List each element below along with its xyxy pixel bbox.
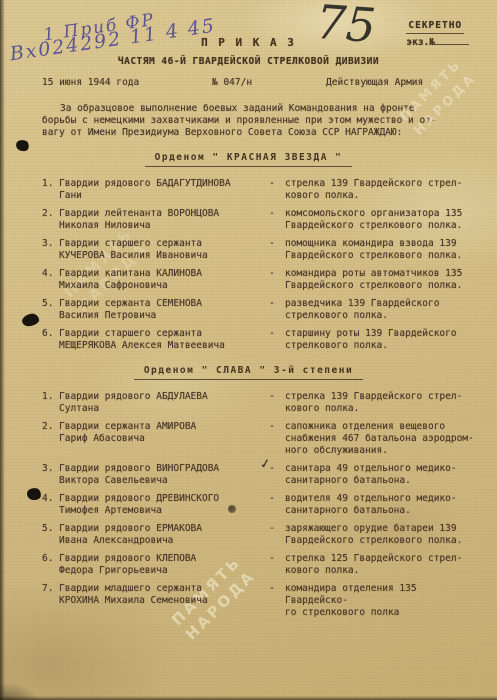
item-number: 4. bbox=[42, 268, 59, 292]
checkmark-annotation: ✓ bbox=[259, 458, 271, 471]
award-list-item: 4. Гвардии капитана КАЛИНОВА Михаила Саф… bbox=[42, 268, 483, 292]
section-heading-wrap: Орденом " КРАСНАЯ ЗВЕЗДА " bbox=[0, 152, 497, 167]
copy-number-blank bbox=[435, 36, 469, 45]
item-number: 2. bbox=[42, 208, 59, 232]
scan-edge-left bbox=[0, 0, 5, 700]
item-role: заряжающего орудие батареи 139 Гвардейск… bbox=[285, 523, 483, 547]
secrecy-block: СЕКРЕТНО экз.№ bbox=[406, 20, 469, 49]
item-name: Гвардии старшего сержанта МЕЩЕРЯКОВА Але… bbox=[59, 328, 259, 352]
order-number: № 047/н bbox=[212, 77, 322, 89]
item-number: 2. bbox=[42, 421, 59, 457]
item-number: 6. bbox=[42, 328, 59, 352]
item-number: 6. bbox=[42, 553, 59, 577]
circle-annotation bbox=[228, 505, 236, 513]
item-role: санитара 49 отдельного медико- санитарно… bbox=[285, 463, 483, 487]
scanned-order-page: ПАМЯТЬ НАРОДА ПАМЯТЬ НАРОДА ПАМЯТЬ НАРОД… bbox=[0, 0, 497, 700]
item-role: командира отделения 135 Гвардейско- го с… bbox=[285, 583, 483, 619]
item-role: разведчика 139 Гвардейского стрелкового … bbox=[285, 298, 483, 322]
item-dash: - bbox=[259, 208, 285, 232]
section-heading: Орденом " КРАСНАЯ ЗВЕЗДА " bbox=[145, 152, 353, 167]
award-list-item: 6. Гвардии рядового КЛЕПОВА Федора Григо… bbox=[42, 553, 483, 577]
item-dash: - bbox=[259, 583, 285, 619]
item-name: Гвардии рядового АБДУЛАЕВА Султана bbox=[59, 391, 259, 415]
item-number: 3. bbox=[42, 238, 59, 262]
item-dash: - bbox=[259, 553, 285, 577]
item-dash: - bbox=[259, 391, 285, 415]
item-role: старшину роты 139 Гвардейского стрелково… bbox=[285, 328, 483, 352]
order-preamble: За образцовое выполнение боевых заданий … bbox=[42, 103, 469, 139]
section-heading-wrap: Орденом " СЛАВА " 3-й степени bbox=[0, 365, 497, 380]
award-section: Орденом " СЛАВА " 3-й степени 1. Гвардии… bbox=[0, 365, 497, 619]
scan-corner-smudge bbox=[0, 682, 40, 700]
item-dash: - bbox=[259, 268, 285, 292]
item-number: 1. bbox=[42, 178, 59, 202]
award-list-item: 2. Гвардии сержанта АМИРОВА Гариф Абасов… bbox=[42, 421, 483, 457]
award-list-item: 6. Гвардии старшего сержанта МЕЩЕРЯКОВА … bbox=[42, 328, 483, 352]
item-role: сапожника отделения вещевого снабжения 4… bbox=[285, 421, 483, 457]
award-list-item: 5. Гвардии рядового ЕРМАКОВА Ивана Алекс… bbox=[42, 523, 483, 547]
item-role: стрелка 139 Гвардейского стрел- кового п… bbox=[285, 178, 483, 202]
item-number: 5. bbox=[42, 523, 59, 547]
item-number: 3. bbox=[42, 463, 59, 487]
item-dash: - bbox=[259, 493, 285, 517]
item-role: помощника командира взвода 139 Гвардейск… bbox=[285, 238, 483, 262]
order-meta-line: 15 июня 1944 года № 047/н Действующая Ар… bbox=[42, 77, 455, 89]
item-dash: - bbox=[259, 328, 285, 352]
item-role: стрелка 139 Гвардейского стрел- кового п… bbox=[285, 391, 483, 415]
item-name: Гвардии рядового КЛЕПОВА Федора Григорье… bbox=[59, 553, 259, 577]
item-role: командира роты автоматчиков 135 Гвардейс… bbox=[285, 268, 483, 292]
order-date: 15 июня 1944 года bbox=[42, 77, 212, 89]
award-list-item: 1. Гвардии рядового БАДАГУТДИНОВА Гани -… bbox=[42, 178, 483, 202]
award-list-item: 7. Гвардии младшего сержанта КРОХИНА Мих… bbox=[42, 583, 483, 619]
handwritten-page-number: 75 bbox=[314, 0, 377, 52]
award-list-item: 5. Гвардии сержанта СЕМЕНОВА Василия Пет… bbox=[42, 298, 483, 322]
item-name: Гвардии лейтенанта ВОРОНЦОВА Николая Нил… bbox=[59, 208, 259, 232]
item-number: 4. bbox=[42, 493, 59, 517]
award-section: Орденом " КРАСНАЯ ЗВЕЗДА " 1. Гвардии ря… bbox=[0, 152, 497, 352]
item-name: Гвардии рядового БАДАГУТДИНОВА Гани bbox=[59, 178, 259, 202]
award-list-item: 2. Гвардии лейтенанта ВОРОНЦОВА Николая … bbox=[42, 208, 483, 232]
order-addressee: ЧАСТЯМ 46-Й ГВАРДЕЙСКОЙ СТРЕЛКОВОЙ ДИВИЗ… bbox=[0, 56, 497, 68]
item-role: стрелка 125 Гвардейского стрел- кового п… bbox=[285, 553, 483, 577]
item-name: Гвардии рядового ЕРМАКОВА Ивана Александ… bbox=[59, 523, 259, 547]
award-list-item: 1. Гвардии рядового АБДУЛАЕВА Султана - … bbox=[42, 391, 483, 415]
item-number: 7. bbox=[42, 583, 59, 619]
item-dash: - bbox=[259, 421, 285, 457]
award-list-item: 3. Гвардии рядового ВИНОГРАДОВА Виктора … bbox=[42, 463, 483, 487]
copy-number-label: экз.№ bbox=[406, 37, 435, 48]
secrecy-label: СЕКРЕТНО bbox=[406, 20, 464, 34]
ink-blot bbox=[15, 138, 31, 153]
item-name: Гвардии старшего сержанта КУЧЕРОВА Васил… bbox=[59, 238, 259, 262]
item-name: Гвардии младшего сержанта КРОХИНА Михаил… bbox=[59, 583, 259, 619]
item-name: Гвардии сержанта СЕМЕНОВА Василия Петров… bbox=[59, 298, 259, 322]
section-items: 1. Гвардии рядового БАДАГУТДИНОВА Гани -… bbox=[0, 178, 497, 352]
item-dash: - bbox=[259, 523, 285, 547]
item-dash: - bbox=[259, 178, 285, 202]
incoming-registration-stamp: 1 Приб ФР Вх024292 11 4 45 bbox=[7, 6, 216, 61]
item-role: водителя 49 отдельного медико- санитарно… bbox=[285, 493, 483, 517]
sections: Орденом " КРАСНАЯ ЗВЕЗДА " 1. Гвардии ря… bbox=[0, 152, 497, 619]
item-name: Гвардии рядового ВИНОГРАДОВА Виктора Сав… bbox=[59, 463, 259, 487]
item-name: Гвардии сержанта АМИРОВА Гариф Абасовича bbox=[59, 421, 259, 457]
item-name: Гвардии капитана КАЛИНОВА Михаила Сафрон… bbox=[59, 268, 259, 292]
order-location: Действующая Армия bbox=[326, 77, 423, 89]
section-items: 1. Гвардии рядового АБДУЛАЕВА Султана - … bbox=[0, 391, 497, 619]
item-dash: - bbox=[259, 238, 285, 262]
award-list-item: 4. Гвардии рядового ДРЕВИНСКОГО Тимофея … bbox=[42, 493, 483, 517]
scan-edge-bottom bbox=[0, 696, 497, 700]
item-dash: - bbox=[259, 298, 285, 322]
item-number: 5. bbox=[42, 298, 59, 322]
award-list-item: 3. Гвардии старшего сержанта КУЧЕРОВА Ва… bbox=[42, 238, 483, 262]
section-heading: Орденом " СЛАВА " 3-й степени bbox=[134, 365, 363, 380]
item-role: комсомольского организатора 135 Гвардейс… bbox=[285, 208, 483, 232]
item-number: 1. bbox=[42, 391, 59, 415]
